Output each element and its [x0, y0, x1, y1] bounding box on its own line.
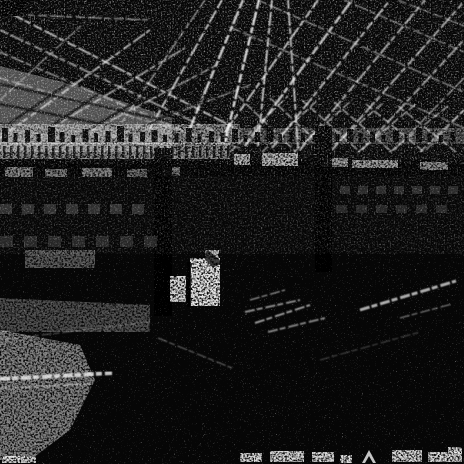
halftone-grain-layer: [0, 0, 464, 464]
photo-canvas: [0, 0, 464, 464]
newspaper-photo: [0, 0, 464, 464]
